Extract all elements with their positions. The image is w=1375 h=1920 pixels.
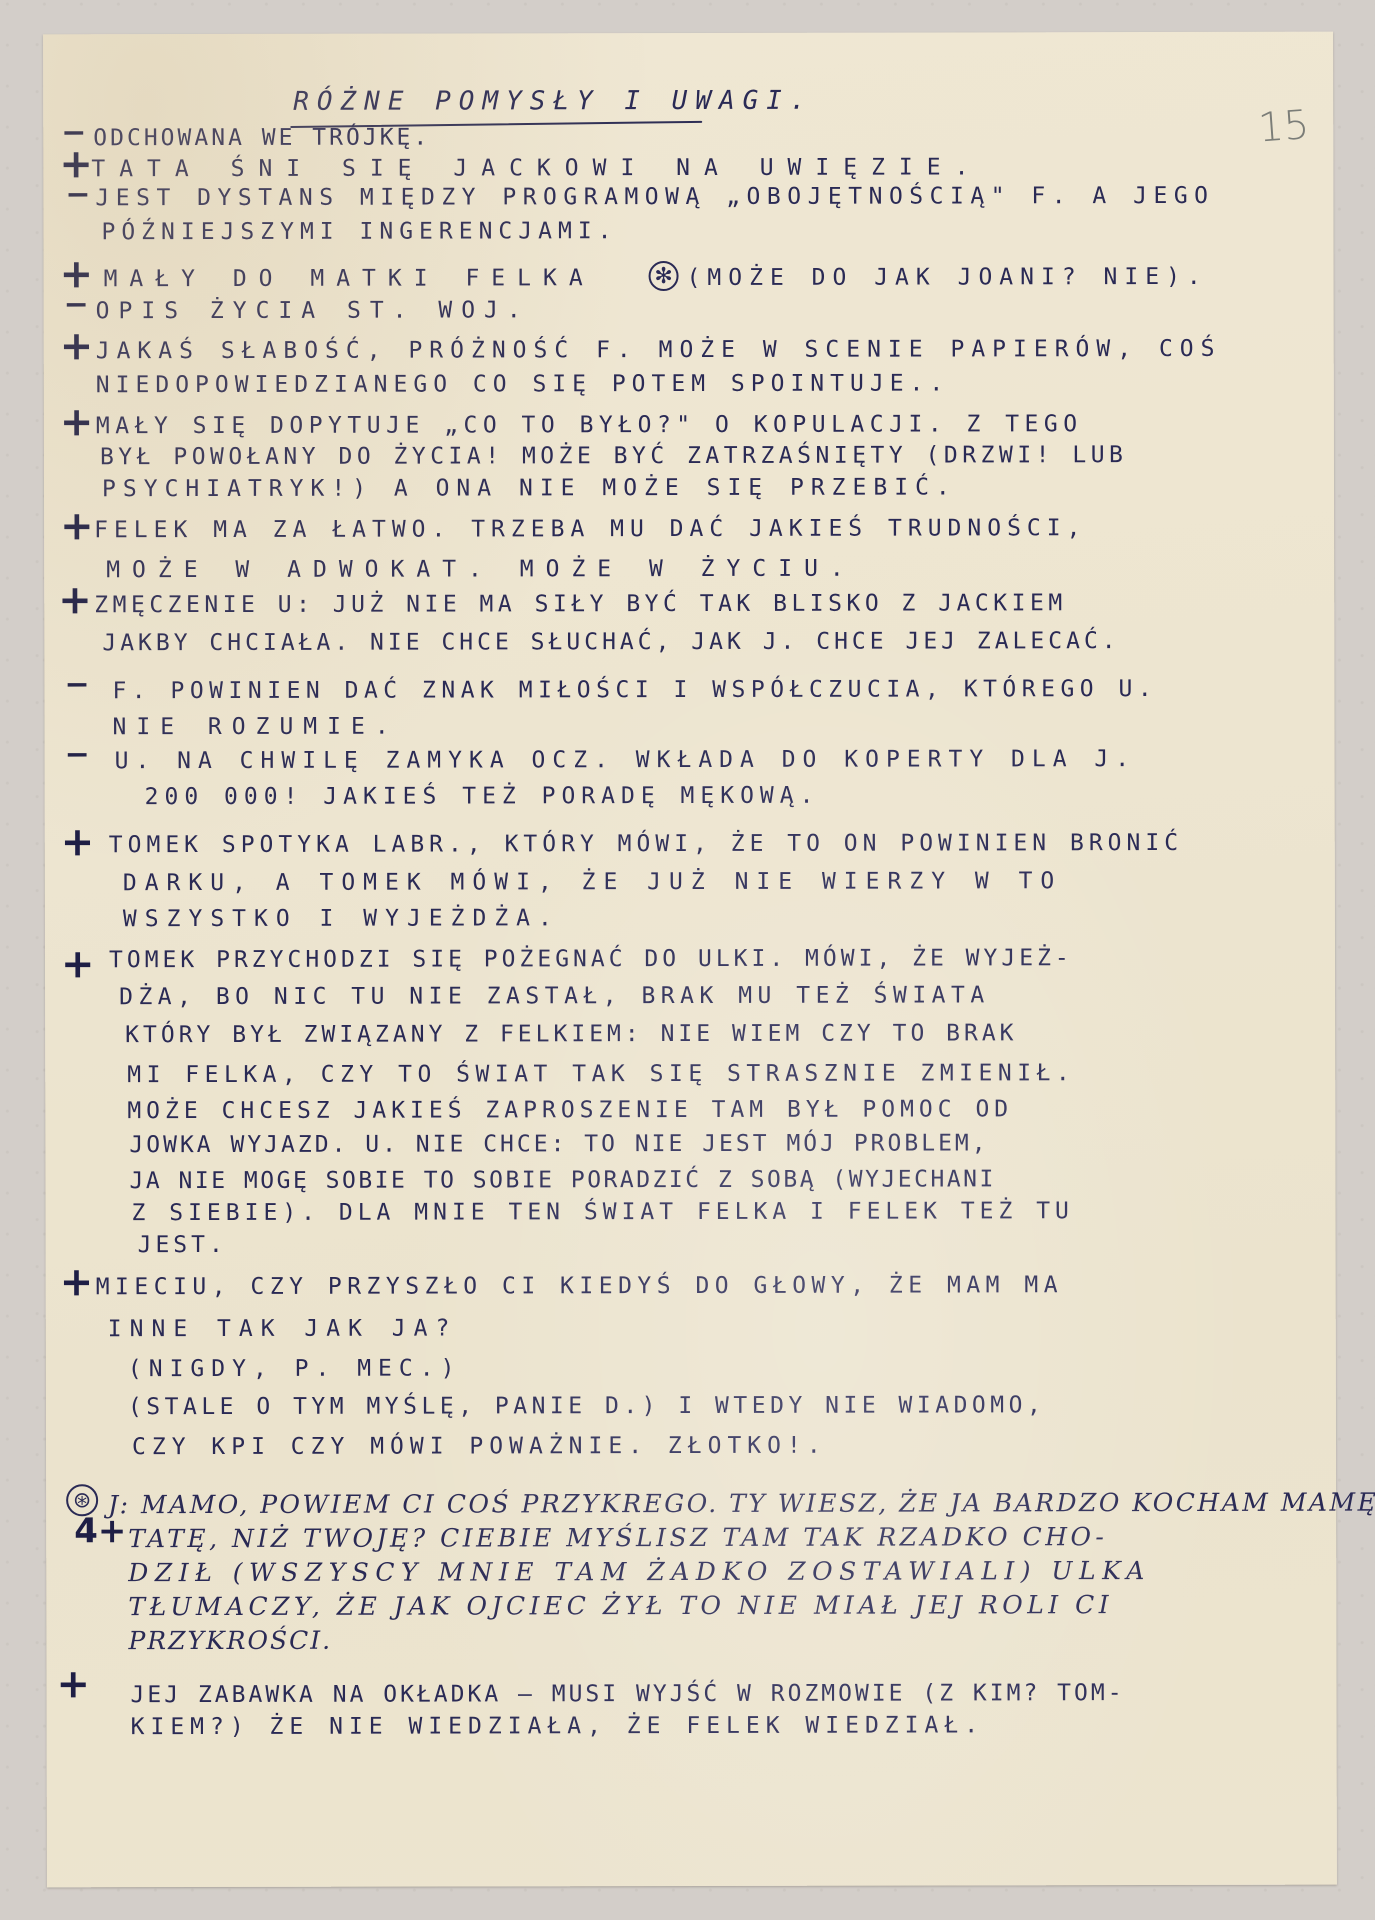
entry-line: DZIŁ (WSZYSCY MNIE TAM ŻADKO ZOSTAWIALI)…	[128, 1558, 1151, 1585]
entry-line: OPIS ŻYCIA ST. WOJ.	[96, 299, 530, 323]
plus-mark: +	[60, 506, 94, 546]
entry-line: MIECIU, CZY PRZYSZŁO CI KIEDYŚ DO GŁOWY,…	[96, 1274, 1063, 1299]
entry-line: JEST DYSTANS MIĘDZY PROGRAMOWĄ „OBOJĘTNO…	[95, 185, 1214, 210]
entry-line: MOŻE W ADWOKAT. MOŻE W ŻYCIU.	[106, 558, 856, 583]
plus-mark: +	[60, 1262, 94, 1302]
plus-mark: +	[56, 1664, 90, 1704]
entry-line: PÓŹNIEJSZYMI INGERENCJAMI.	[101, 220, 617, 244]
entry-line: NIE ROZUMIE.	[112, 716, 398, 740]
entry-line: JA NIE MOGĘ SOBIE TO SOBIE PORADZIĆ Z SO…	[129, 1168, 995, 1193]
manuscript-page: RÓŻNE POMYSŁY I UWAGI. 15 − ODCHOWANA WE…	[43, 32, 1337, 1888]
entry-line: KTÓRY BYŁ ZWIĄZANY Z FELKIEM: NIE WIEM C…	[125, 1022, 1017, 1047]
entry-line: JAKBY CHCIAŁA. NIE CHCE SŁUCHAĆ, JAK J. …	[102, 630, 1119, 655]
entry-line: BYŁ POWOŁANY DO ŻYCIA! MOŻE BYĆ ZATRZAŚN…	[100, 444, 1127, 469]
entry-line: TŁUMACZY, ŻE JAK OJCIEC ŻYŁ TO NIE MIAŁ …	[128, 1592, 1113, 1619]
minus-mark: −	[65, 740, 90, 770]
entry-line: PRZYKROŚCI.	[128, 1628, 332, 1653]
minus-mark: −	[65, 180, 90, 210]
entry-line: DŻA, BO NIC TU NIE ZASTAŁ, BRAK MU TEŻ Ś…	[119, 984, 990, 1009]
plus-mark: +	[61, 822, 95, 862]
entry-line: MAŁY DO MATKI FELKA	[104, 267, 595, 291]
entry-line: (NIGDY, P. MEC.)	[128, 1357, 462, 1381]
circled-asterisk-icon: ✻	[649, 261, 679, 291]
entry-line: ZMĘCZENIE U: JUŻ NIE MA SIŁY BYĆ TAK BLI…	[94, 592, 1066, 617]
entry-line: INNE TAK JAK JA?	[108, 1317, 458, 1341]
plus-mark: +	[58, 580, 92, 620]
entry-line: F. POWINIEN DAĆ ZNAK MIŁOŚCI I WSPÓŁCZUC…	[112, 678, 1157, 703]
plus-mark: +	[60, 326, 94, 366]
entry-line: J: MAMO, POWIEM CI COŚ PRZYKREGO. TY WIE…	[108, 1490, 1375, 1518]
entry-line: DARKU, A TOMEK MÓWI, ŻE JUŻ NIE WIERZY W…	[123, 870, 1062, 895]
entry-line: KIEM?) ŻE NIE WIEDZIAŁA, ŻE FELEK WIEDZI…	[131, 1714, 984, 1739]
entry-line: JEST.	[138, 1234, 227, 1257]
entry-line: Z SIEBIE). DLA MNIE TEN ŚWIAT FELKA I FE…	[132, 1200, 1074, 1225]
entry-line: TOMEK SPOTYKA LABR., KTÓRY MÓWI, ŻE TO O…	[109, 832, 1183, 857]
minus-mark: −	[64, 670, 89, 700]
entry-line: (MOŻE DO JAK JOANI? NIE).	[687, 266, 1208, 290]
entry-line: MAŁY SIĘ DOPYTUJE „CO TO BYŁO?" O KOPULA…	[96, 413, 1083, 438]
minus-mark: −	[64, 290, 89, 320]
entry-line: TATA ŚNI SIĘ JACKOWI NA UWIĘZIE.	[91, 156, 982, 181]
entry-line: CZY KPI CZY MÓWI POWAŻNIE. ZŁOTKO!.	[132, 1435, 827, 1459]
entry-line: TATĘ, NIŻ TWOJĘ? CIEBIE MYŚLISZ TAM TAK …	[128, 1524, 1107, 1551]
entry-line: WSZYSTKO I WYJEŻDŻA.	[123, 907, 560, 931]
entry-line: MI FELKA, CZY TO ŚWIAT TAK SIĘ STRASZNIE…	[127, 1062, 1075, 1087]
entry-line: TOMEK PRZYCHODZI SIĘ POŻEGNAĆ DO ULKI. M…	[109, 947, 1073, 972]
entry-line: U. NA CHWILĘ ZAMYKA OCZ. WKŁADA DO KOPER…	[115, 748, 1137, 773]
entry-line: JOWKA WYJAZD. U. NIE CHCE: TO NIE JEST M…	[129, 1132, 988, 1157]
page-title: RÓŻNE POMYSŁY I UWAGI.	[293, 86, 813, 117]
entry-line: FELEK MA ZA ŁATWO. TRZEBA MU DAĆ JAKIEŚ …	[94, 517, 1086, 542]
entry-line: JAKAŚ SŁABOŚĆ, PRÓŻNOŚĆ F. MOŻE W SCENIE…	[96, 338, 1222, 363]
entry-line: ODCHOWANA WE TRÓJKĘ.	[93, 127, 430, 151]
plus-mark: +	[61, 944, 95, 984]
entry-line: NIEDOPOWIEDZIANEGO CO SIĘ POTEM SPOINTUJ…	[96, 372, 949, 397]
page-number: 15	[1257, 102, 1311, 152]
entry-line: MOŻE CHCESZ JAKIEŚ ZAPROSZENIE TAM BYŁ P…	[127, 1098, 1013, 1123]
entry-line: JEJ ZABAWKA NA OKŁADKA — MUSI WYJŚĆ W RO…	[131, 1682, 1125, 1707]
entry-line: (STALE O TYM MYŚLĘ, PANIE D.) I WTEDY NI…	[128, 1394, 1045, 1419]
entry-line: PSYCHIATRYK!) A ONA NIE MOŻE SIĘ PRZEBIĆ…	[102, 476, 957, 501]
entry-line: 200 000! JAKIEŚ TEŻ PORADĘ MĘKOWĄ.	[145, 785, 820, 809]
plus-mark: +	[60, 402, 94, 442]
margin-note-4-plus: 4+	[74, 1514, 126, 1548]
